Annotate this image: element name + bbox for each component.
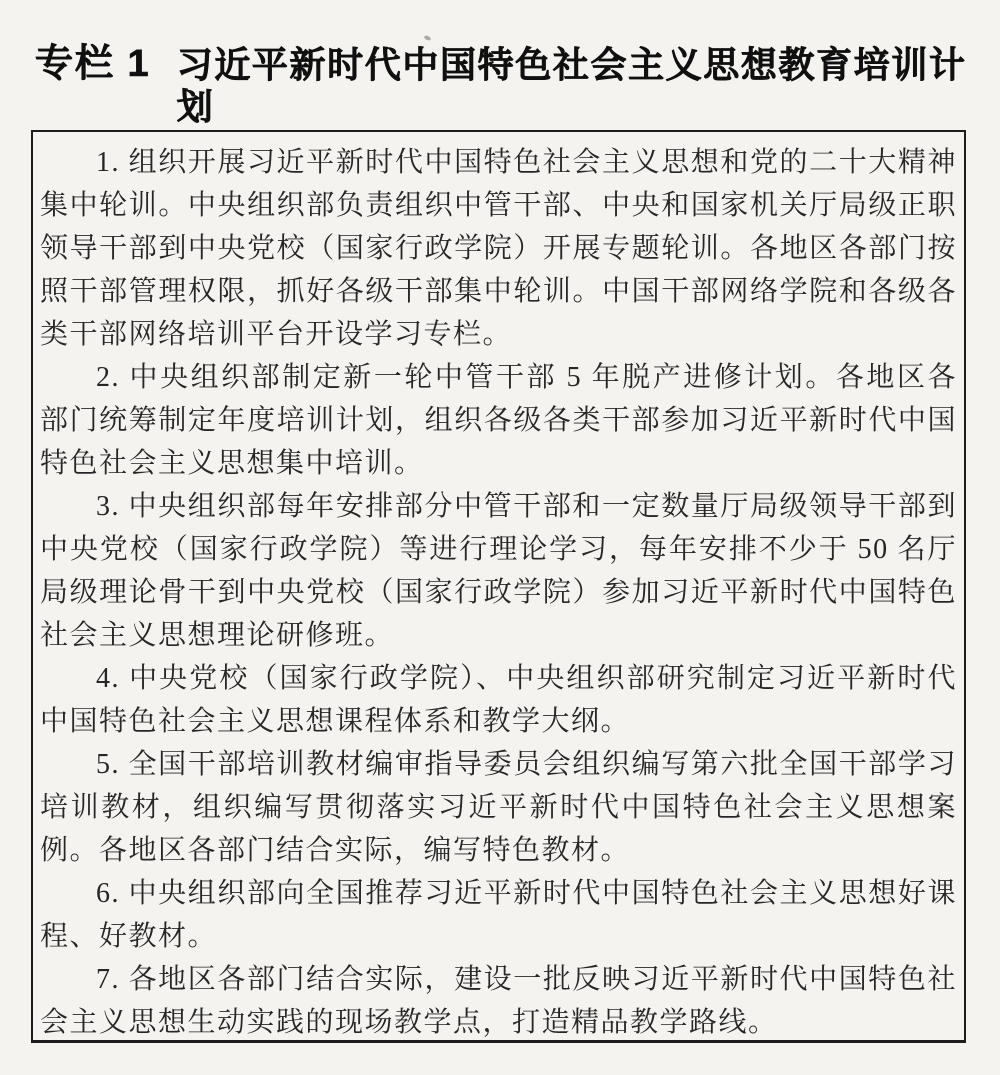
box-paragraph: 4. 中央党校（国家行政学院）、中央组织部研究制定习近平新时代中国特色社会主义思… (40, 657, 957, 743)
column-title: 习近平新时代中国特色社会主义思想教育培训计划 (177, 44, 965, 128)
box-paragraph: 6. 中央组织部向全国推荐习近平新时代中国特色社会主义思想好课程、好教材。 (40, 872, 957, 958)
content-box: 1. 组织开展习近平新时代中国特色社会主义思想和党的二十大精神集中轮训。中央组织… (31, 130, 966, 1043)
box-paragraph: 1. 组织开展习近平新时代中国特色社会主义思想和党的二十大精神集中轮训。中央组织… (40, 141, 957, 356)
box-paragraph: 3. 中央组织部每年安排部分中管干部和一定数量厅局级领导干部到中央党校（国家行政… (40, 485, 957, 657)
column-label: 专栏 1 (35, 44, 151, 86)
scan-artifact-speck (423, 35, 431, 42)
scanned-document-page: { "document": { "header": { "label": "专栏… (0, 0, 1000, 1075)
box-paragraph: 7. 各地区各部门结合实际，建设一批反映习近平新时代中国特色社会主义思想生动实践… (40, 958, 957, 1044)
box-paragraph: 2. 中央组织部制定新一轮中管干部 5 年脱产进修计划。各地区各部门统筹制定年度… (40, 356, 957, 485)
box-paragraph: 5. 全国干部培训教材编审指导委员会组织编写第六批全国干部学习培训教材，组织编写… (40, 743, 957, 872)
page-title: 专栏 1 习近平新时代中国特色社会主义思想教育培训计划 (35, 44, 965, 128)
